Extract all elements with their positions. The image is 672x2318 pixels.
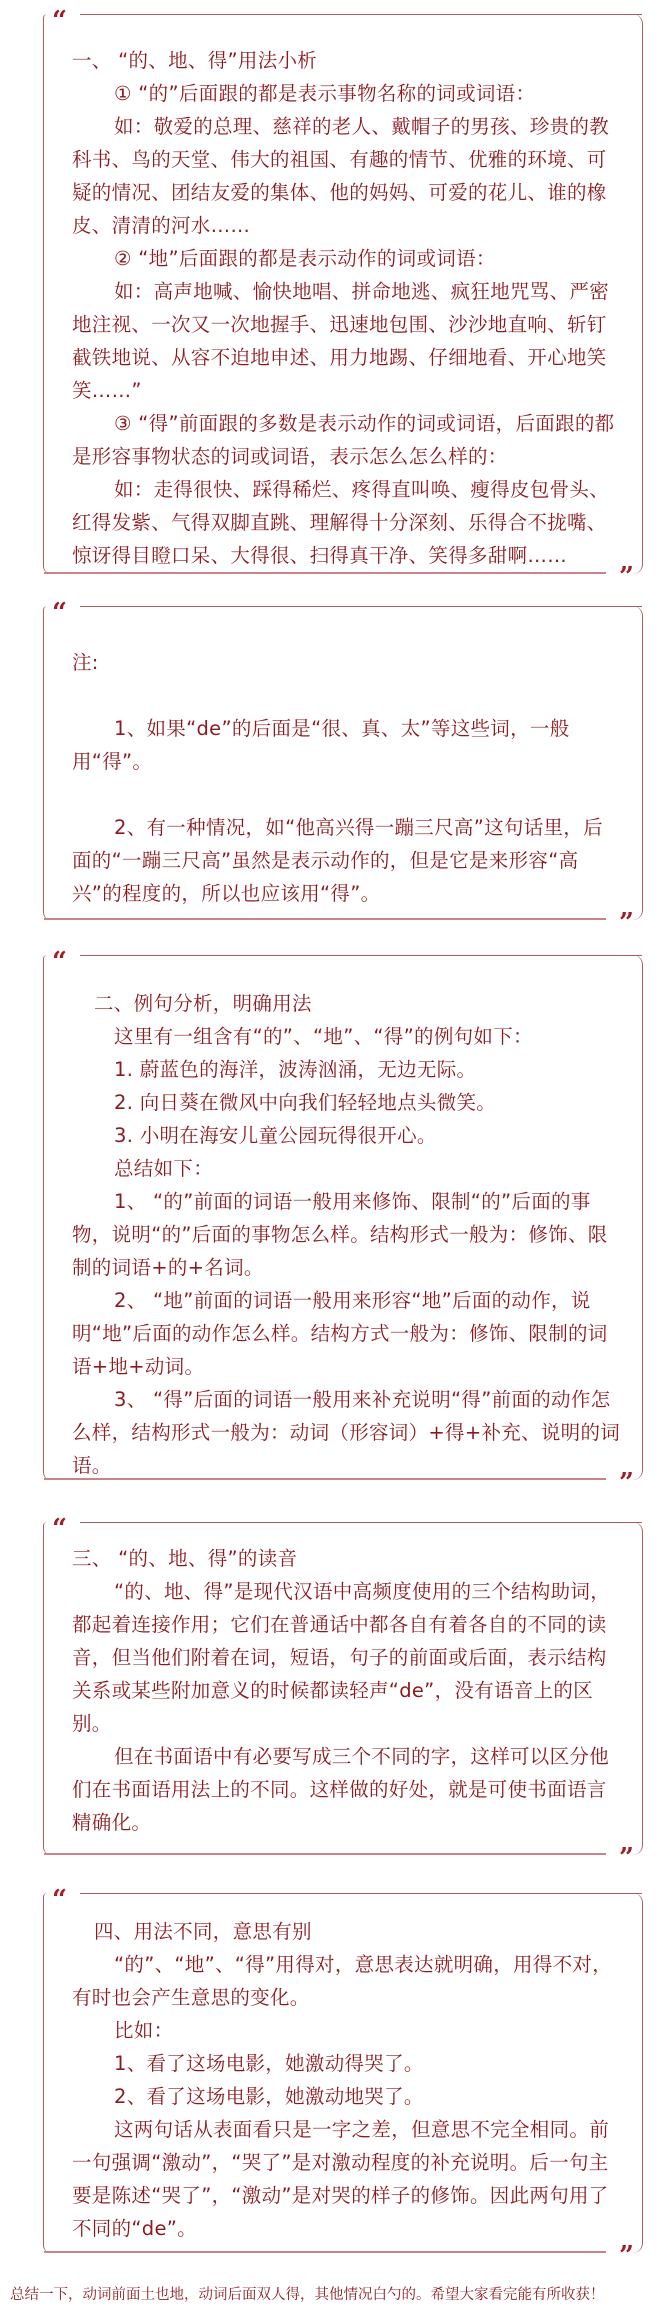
examples-intro: 这里有一组含有“的”、“地”、“得”的例句如下：	[72, 1020, 622, 1053]
summary-rule: 2、 “地”前面的词语一般用来形容“地”后面的动作，说明“地”后面的动作怎么样。…	[72, 1284, 622, 1383]
rule-heading-de1: ① “的”后面跟的都是表示事物名称的词或词语：	[72, 77, 622, 110]
section-box-note: “ 注: 1、如果“de”的后面是“很、真、太”等这些词，一般用“得”。 2、有…	[43, 606, 643, 920]
note-item: 2、有一种情况，如“他高兴得一蹦三尺高”这句话里，后面的“一蹦三尺高”虽然是表示…	[72, 811, 622, 910]
open-quote-icon: “	[52, 949, 67, 975]
section-box-example-analysis: “ 二、例句分析，明确用法 这里有一组含有“的”、“地”、“得”的例句如下： 1…	[43, 955, 643, 1480]
open-quote-icon: “	[52, 1516, 67, 1542]
summary-label: 总结如下：	[72, 1152, 622, 1185]
open-quote-icon: “	[52, 1887, 67, 1913]
open-quote-icon: “	[52, 8, 67, 34]
section-title: 三、 “的、地、得”的读音	[72, 1542, 622, 1575]
examples-de1: 如：敬爱的总理、慈祥的老人、戴帽子的男孩、珍贵的教科书、鸟的天堂、伟大的祖国、有…	[72, 110, 622, 242]
example-sentence: 1、看了这场电影，她激动得哭了。	[72, 2047, 622, 2080]
summary-rule: 3、 “得”后面的词语一般用来补充说明“得”前面的动作怎么样，结构形式一般为：动…	[72, 1383, 622, 1482]
footer-summary: 总结一下，动词前面土也地，动词后面双人得，其他情况白勺的。希望大家看完能有所收获…	[10, 2283, 670, 2304]
section-title: 二、例句分析，明确用法	[72, 987, 622, 1020]
example-sentence: 3. 小明在海安儿童公园玩得很开心。	[72, 1119, 622, 1152]
paragraph: 这两句话从表面看只是一字之差，但意思不完全相同。前一句强调“激动”，“哭了”是对…	[72, 2113, 622, 2245]
section-box-usage-analysis: “ 一、 “的、地、得”用法小析 ① “的”后面跟的都是表示事物名称的词或词语：…	[43, 14, 643, 574]
close-quote-icon: ”	[619, 1470, 634, 1496]
close-quote-icon: ”	[619, 2243, 634, 2269]
section-title: 四、用法不同，意思有别	[72, 1915, 622, 1948]
section-box-pronunciation: “ 三、 “的、地、得”的读音 “的、地、得”是现代汉语中高频度使用的三个结构助…	[43, 1522, 643, 1855]
paragraph: 但在书面语中有必要写成三个不同的字，这样可以区分他们在书面语用法上的不同。这样做…	[72, 1740, 622, 1839]
example-sentence: 2. 向日葵在微风中向我们轻轻地点头微笑。	[72, 1086, 622, 1119]
section-box-meaning-difference: “ 四、用法不同，意思有别 “的”、“地”、“得”用得对，意思表达就明确，用得不…	[43, 1893, 643, 2253]
example-sentence: 1. 蔚蓝色的海洋，波涛汹涌，无边无际。	[72, 1053, 622, 1086]
paragraph: “的”、“地”、“得”用得对，意思表达就明确，用得不对，有时也会产生意思的变化。	[72, 1948, 622, 2014]
example-sentence: 2、看了这场电影，她激动地哭了。	[72, 2080, 622, 2113]
close-quote-icon: ”	[619, 910, 634, 936]
close-quote-icon: ”	[619, 1845, 634, 1871]
note-item: 1、如果“de”的后面是“很、真、太”等这些词，一般用“得”。	[72, 712, 622, 778]
note-title: 注:	[72, 646, 622, 679]
examples-de2: 如：高声地喊、愉快地唱、拼命地逃、疯狂地咒骂、严密地注视、一次又一次地握手、迅速…	[72, 275, 622, 407]
summary-rule: 1、 “的”前面的词语一般用来修饰、限制“的”后面的事物，说明“的”后面的事物怎…	[72, 1185, 622, 1284]
open-quote-icon: “	[52, 600, 67, 626]
paragraph: “的、地、得”是现代汉语中高频度使用的三个结构助词，都起着连接作用；它们在普通话…	[72, 1575, 622, 1740]
example-label: 比如：	[72, 2014, 622, 2047]
section-title: 一、 “的、地、得”用法小析	[72, 44, 622, 77]
rule-heading-de2: ② “地”后面跟的都是表示动作的词或词语：	[72, 242, 622, 275]
examples-de3: 如：走得很快、踩得稀烂、疼得直叫唤、瘦得皮包骨头、红得发紫、气得双脚直跳、理解得…	[72, 473, 622, 572]
close-quote-icon: ”	[619, 564, 634, 590]
rule-heading-de3: ③ “得”前面跟的多数是表示动作的词或词语，后面跟的都是形容事物状态的词或词语，…	[72, 407, 622, 473]
